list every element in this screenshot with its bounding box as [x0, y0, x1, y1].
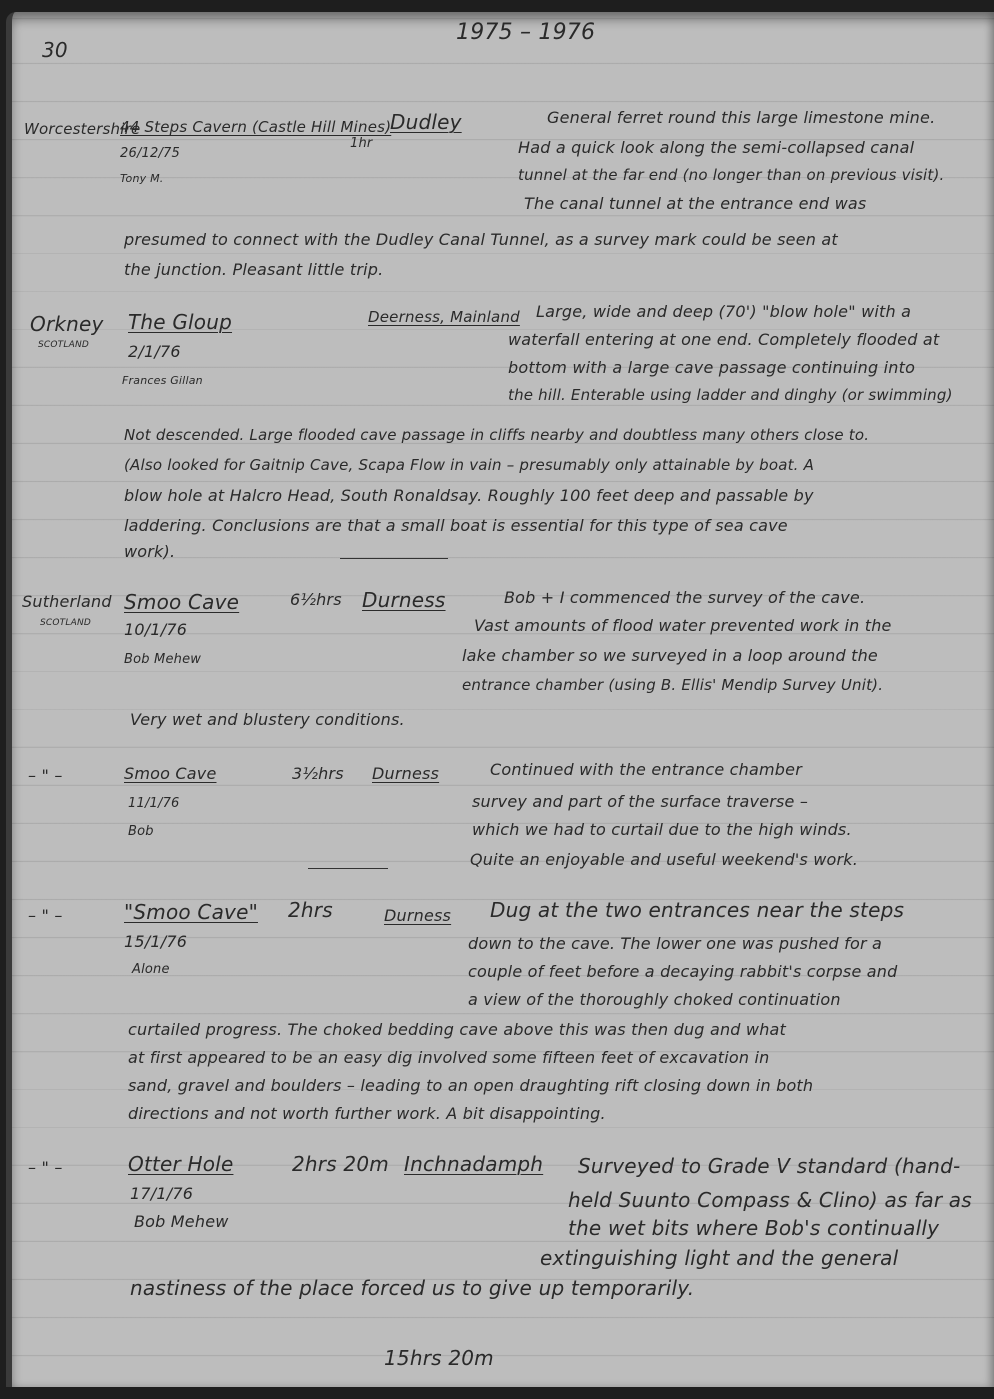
entry-note-line: Large, wide and deep (70') "blow hole" w… — [536, 302, 911, 321]
entry-note-line: Dug at the two entrances near the steps — [490, 898, 904, 922]
entry-note-line: down to the cave. The lower one was push… — [468, 934, 882, 953]
total-time: 15hrs 20m — [384, 1346, 494, 1370]
entry-note-line: waterfall entering at one end. Completel… — [508, 330, 939, 349]
entry-note-line: a view of the thoroughly choked continua… — [468, 990, 841, 1009]
entry-location: Durness — [372, 764, 439, 783]
entry-note-line: presumed to connect with the Dudley Cana… — [124, 230, 838, 249]
page-header-years: 1975 – 1976 — [456, 20, 595, 45]
entry-companions: Alone — [132, 962, 170, 977]
entry-country: SCOTLAND — [40, 618, 91, 628]
entry-note-line: Continued with the entrance chamber — [490, 760, 802, 779]
entry-region: Sutherland — [22, 592, 112, 611]
entry-note-line: Quite an enjoyable and useful weekend's … — [470, 850, 858, 869]
entry-location: Durness — [362, 588, 446, 612]
entry-region: – " – — [28, 1158, 63, 1177]
entry-region: – " – — [28, 906, 63, 925]
entry-note-line: (Also looked for Gaitnip Cave, Scapa Flo… — [124, 456, 814, 474]
entry-date: 11/1/76 — [128, 796, 180, 811]
entry-cave-name: The Gloup — [128, 310, 232, 334]
entry-region: Orkney — [30, 312, 104, 336]
entry-note-line: extinguishing light and the general — [540, 1246, 898, 1270]
entry-cave-name: 44 Steps Cavern (Castle Hill Mines) — [120, 118, 391, 136]
entry-region: – " – — [28, 766, 63, 785]
entry-cave-name: Otter Hole — [128, 1152, 233, 1176]
entry-date: 26/12/75 — [120, 146, 180, 161]
entry-note-line: General ferret round this large limeston… — [547, 108, 935, 127]
page-number: 30 — [42, 38, 68, 62]
entry-date: 2/1/76 — [128, 342, 181, 361]
entry-note-line: The canal tunnel at the entrance end was — [524, 194, 866, 213]
entry-cave-name: "Smoo Cave" — [124, 900, 258, 924]
entry-note-line: couple of feet before a decaying rabbit'… — [468, 962, 898, 981]
entry-date: 10/1/76 — [124, 620, 187, 639]
entry-companions: Bob — [128, 824, 154, 839]
entry-note-line: blow hole at Halcro Head, South Ronaldsa… — [124, 486, 814, 505]
entry-duration: 3½hrs — [292, 764, 344, 783]
entry-country: SCOTLAND — [38, 340, 89, 350]
entry-location: Dudley — [390, 110, 462, 134]
entry-duration: 1hr — [350, 136, 372, 151]
entry-duration: 2hrs 20m — [292, 1152, 389, 1176]
entry-divider — [340, 558, 448, 559]
entry-note-line: sand, gravel and boulders – leading to a… — [128, 1076, 813, 1095]
entry-companions: Bob Mehew — [134, 1212, 229, 1231]
entry-duration: 6½hrs — [290, 590, 342, 609]
entry-note-line: lake chamber so we surveyed in a loop ar… — [462, 646, 878, 665]
entry-location: Deerness, Mainland — [368, 308, 520, 326]
entry-note-line: tunnel at the far end (no longer than on… — [518, 166, 945, 184]
entry-note-line: laddering. Conclusions are that a small … — [124, 516, 788, 535]
entry-note-line: which we had to curtail due to the high … — [472, 820, 852, 839]
entry-note-line: curtailed progress. The choked bedding c… — [128, 1020, 786, 1039]
entry-note-line: Not descended. Large flooded cave passag… — [124, 426, 869, 444]
entry-note-line: bottom with a large cave passage continu… — [508, 358, 915, 377]
entry-location: Durness — [384, 906, 451, 925]
entry-divider — [308, 868, 388, 869]
entry-note-line: the hill. Enterable using ladder and din… — [508, 386, 953, 404]
notebook-page: 30 1975 – 1976 Worcestershire 44 Steps C… — [6, 12, 994, 1387]
entry-note-line: entrance chamber (using B. Ellis' Mendip… — [462, 676, 883, 694]
entry-note-line: Bob + I commenced the survey of the cave… — [504, 588, 865, 607]
entry-cave-name: Smoo Cave — [124, 764, 217, 783]
entry-note-line: the wet bits where Bob's continually — [568, 1216, 939, 1240]
entry-date: 15/1/76 — [124, 932, 187, 951]
entry-note-line: nastiness of the place forced us to give… — [130, 1276, 694, 1300]
entry-date: 17/1/76 — [130, 1184, 193, 1203]
entry-note-line: survey and part of the surface traverse … — [472, 792, 808, 811]
entry-note-line: Vast amounts of flood water prevented wo… — [474, 616, 892, 635]
entry-note-line: Surveyed to Grade V standard (hand- — [578, 1154, 960, 1178]
entry-note-line: directions and not worth further work. A… — [128, 1104, 606, 1123]
entry-note-line: the junction. Pleasant little trip. — [124, 260, 383, 279]
entry-duration: 2hrs — [288, 898, 333, 922]
entry-companions: Tony M. — [120, 172, 163, 185]
entry-companions: Bob Mehew — [124, 652, 201, 667]
entry-companions: Frances Gillan — [122, 374, 203, 387]
entry-cave-name: Smoo Cave — [124, 590, 239, 614]
entry-note-line: Had a quick look along the semi-collapse… — [518, 138, 914, 157]
entry-note-line: at first appeared to be an easy dig invo… — [128, 1048, 769, 1067]
entry-location: Inchnadamph — [404, 1152, 543, 1176]
entry-note-line: held Suunto Compass & Clino) as far as — [568, 1188, 972, 1212]
entry-note-line: work). — [124, 542, 175, 561]
entry-note-line: Very wet and blustery conditions. — [130, 710, 405, 729]
